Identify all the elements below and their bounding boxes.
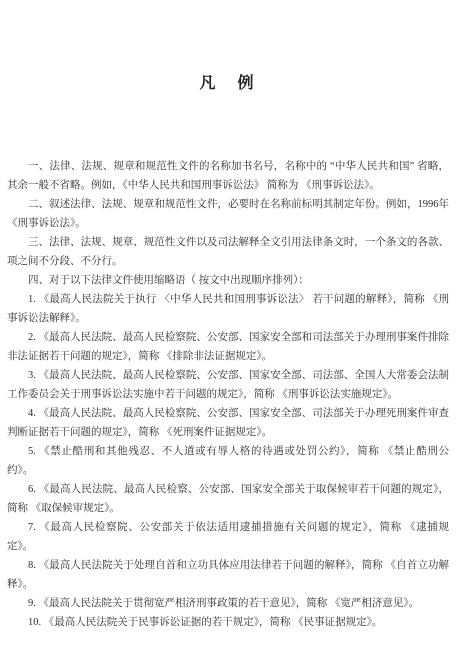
abbreviation-item-1: 1. 《最高人民法院关于执行 〈中华人民共和国刑事诉讼法〉 若干问题的解释》，简…: [7, 290, 449, 328]
abbreviation-item-7: 7. 《最高人民检察院、公安部关于依法适用逮捕措施有关问题的规定》，简称 《逮捕…: [7, 518, 449, 556]
document-body: 一、法律、法规、规章和规范性文件的名称加书名号，名称中的 “中华人民共和国” 省…: [7, 157, 449, 632]
abbreviation-item-4: 4. 《最高人民法院、最高人民检察院、公安部、国家安全部、司法部关于办理死刑案件…: [7, 404, 449, 442]
abbreviation-item-6: 6. 《最高人民法院、最高人民检察、公安部、国家安全部关于取保候审若干问题的规定…: [7, 480, 449, 518]
abbreviation-item-9: 9. 《最高人民法院关于贯彻宽严相济刑事政策的若干意见》，简称 《宽严相济意见》…: [7, 594, 449, 613]
intro-paragraph-2: 二、叙述法律、法规、规章和规范性文件，必要时在名称前标明其制定年份。例如，199…: [7, 195, 449, 233]
intro-paragraph-1: 一、法律、法规、规章和规范性文件的名称加书名号，名称中的 “中华人民共和国” 省…: [7, 157, 449, 195]
document-page: 凡 例 一、法律、法规、规章和规范性文件的名称加书名号，名称中的 “中华人民共和…: [0, 0, 463, 647]
intro-paragraph-4: 四、对于以下法律文件使用缩略语（ 按文中出现顺序排列）：: [7, 271, 449, 290]
abbreviation-item-3: 3. 《最高人民法院、最高人民检察院、公安部、国家安全部、司法部、全国人大常委会…: [7, 366, 449, 404]
page-title: 凡 例: [7, 70, 449, 93]
abbreviation-item-5: 5. 《禁止酷刑和其他残忍、不人道或有辱人格的待遇或处罚公约》，简称 《禁止酷刑…: [7, 442, 449, 480]
abbreviation-item-8: 8. 《最高人民法院关于处理自首和立功具体应用法律若干问题的解释》，简称 《自首…: [7, 556, 449, 594]
intro-paragraph-3: 三、法律、法规、规章、规范性文件以及司法解释全文引用法律条文时，一个条文的各款、…: [7, 233, 449, 271]
abbreviation-item-10: 10. 《最高人民法院关于民事诉讼证据的若干规定》，简称 《民事证据规定》。: [7, 613, 449, 632]
abbreviation-item-2: 2. 《最高人民法院、最高人民检察院、公安部、国家安全部和司法部关于办理刑事案件…: [7, 328, 449, 366]
